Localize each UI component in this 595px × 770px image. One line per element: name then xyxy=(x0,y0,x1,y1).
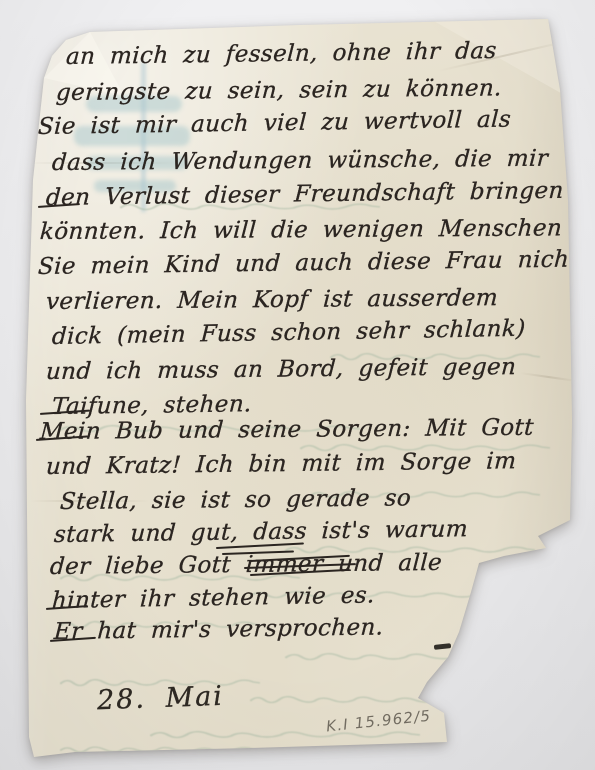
handwriting-line: dick (mein Fuss schon sehr schlank) xyxy=(51,316,526,350)
handwriting-line: an mich zu fesseln, ohne ihr das xyxy=(65,38,497,70)
handwriting-line: und ich muss an Bord, gefeit gegen xyxy=(45,354,517,385)
handwriting-line: der liebe Gott immer und alle xyxy=(49,550,443,580)
handwriting-line: verlieren. Mein Kopf ist ausserdem xyxy=(45,285,499,315)
handwriting-line: hinter ihr stehen wie es. xyxy=(51,582,375,614)
verso-writing-bleed xyxy=(250,693,465,705)
handwriting-line: geringste zu sein, sein zu können. xyxy=(55,75,502,106)
paper-shadow-wrap: an mich zu fesseln, ohne ihr das gerings… xyxy=(0,0,595,770)
crease-line xyxy=(520,372,578,382)
letter-photograph: an mich zu fesseln, ohne ihr das gerings… xyxy=(0,0,595,770)
date: 28. Mai xyxy=(96,681,224,716)
handwriting-line: und Kratz! Ich bin mit im Sorge im xyxy=(45,448,517,480)
verso-writing-bleed xyxy=(285,650,535,662)
verso-writing-bleed xyxy=(60,744,260,754)
handwriting-line: Sie mein Kind und auch diese Frau nicht xyxy=(37,246,579,280)
handwriting-line: dass ich Wendungen wünsche, die mir xyxy=(51,146,549,176)
handwriting-line: Stella, sie ist so gerade so xyxy=(59,485,412,515)
ink-blob-on-torn-edge xyxy=(434,643,451,650)
handwriting-line: Er hat mir's versprochen. xyxy=(53,614,384,645)
handwriting-line: könnten. Ich will die wenigen Menschen xyxy=(39,215,563,245)
handwriting-line: Taifune, stehen. xyxy=(51,391,252,420)
letter-paper: an mich zu fesseln, ohne ihr das gerings… xyxy=(0,0,595,770)
handwriting-line: Mein Bub und seine Sorgen: Mit Gott xyxy=(39,415,534,445)
